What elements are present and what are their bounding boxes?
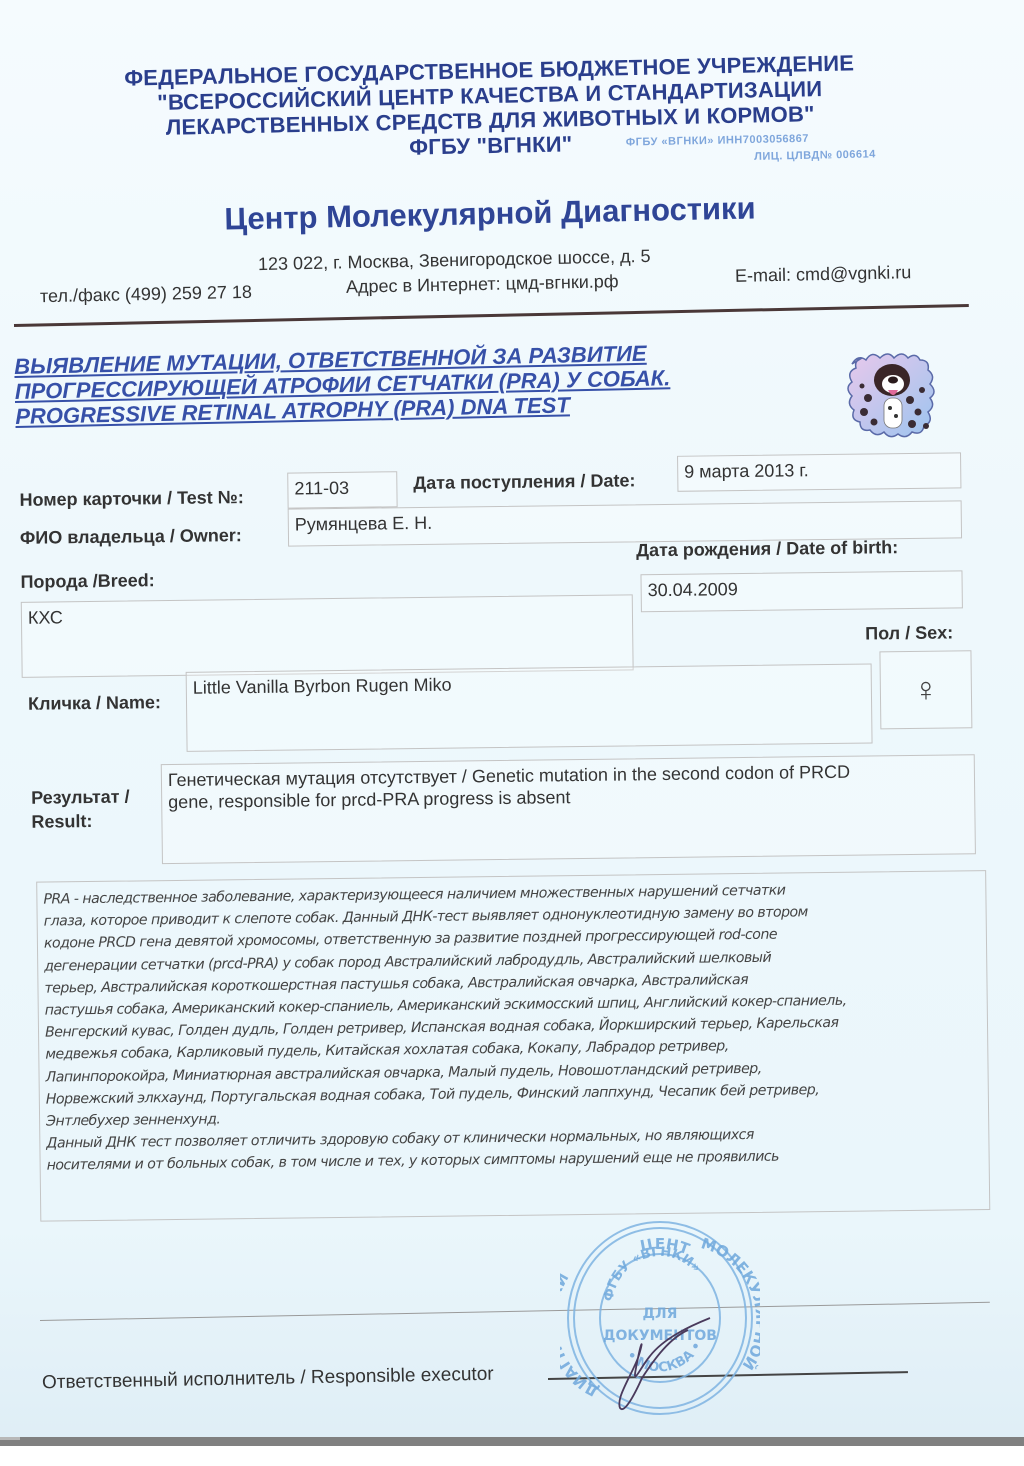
birth-date-field: 30.04.2009	[640, 570, 962, 612]
svg-text:МОЛЕКУЛЯРНОЙ: МОЛЕКУЛЯРНОЙ	[699, 1234, 760, 1373]
result-label-en: Result:	[31, 809, 130, 834]
date-received-label: Дата поступления / Date:	[413, 470, 635, 494]
svg-text:ФГБУ «ВГНКИ»: ФГБУ «ВГНКИ»	[601, 1245, 703, 1303]
svg-text:ДОКУМЕНТОВ: ДОКУМЕНТОВ	[603, 1328, 717, 1344]
svg-text:ДИАГНОСТИКИ: ДИАГНОСТИКИ	[560, 1270, 602, 1401]
female-symbol-icon: ♀	[913, 679, 939, 701]
sex-field: ♀	[879, 650, 972, 729]
result-label: Результат / Result:	[31, 785, 130, 834]
info-description: PRA - наследственное заболевание, характ…	[36, 870, 990, 1222]
result-label-ru: Результат /	[31, 785, 130, 810]
bottom-margin	[0, 1446, 1024, 1466]
name-field: Little Vanilla Byrbon Rugen Miko	[186, 663, 873, 751]
birth-date-label: Дата рождения / Date of birth:	[636, 537, 898, 561]
test-number-field: 211-03	[287, 471, 397, 508]
test-number-label: Номер карточки / Test №:	[19, 487, 243, 511]
sex-label: Пол / Sex:	[865, 622, 953, 644]
breed-label: Порода /Breed:	[20, 570, 154, 593]
round-seal-stamp-icon: ДИАГНОСТИКИ МОЛЕКУЛЯРНОЙ ЦЕНТР ФГБУ «ВГН…	[560, 1218, 760, 1418]
owner-label: ФИО владельца / Owner:	[20, 525, 242, 549]
name-label: Кличка / Name:	[28, 692, 161, 715]
svg-text:ДЛЯ: ДЛЯ	[643, 1306, 678, 1322]
breed-field: КХС	[21, 594, 634, 677]
result-field: Генетическая мутация отсутствует / Genet…	[161, 754, 976, 864]
test-form: Номер карточки / Test №: 211-03 Дата пос…	[0, 0, 1024, 1440]
scanner-edge-bar	[0, 1437, 1024, 1446]
date-received-field: 9 марта 2013 г.	[677, 452, 961, 491]
document-page: ФЕДЕРАЛЬНОЕ ГОСУДАРСТВЕННОЕ БЮДЖЕТНОЕ УЧ…	[0, 0, 1024, 1440]
